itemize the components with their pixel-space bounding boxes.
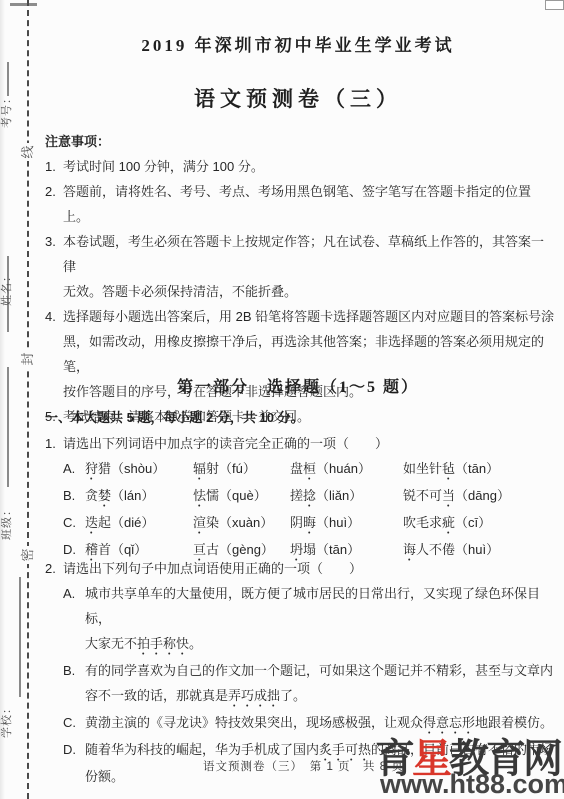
exam-paper-page: 考号： 姓名： 班级： 学校： 线 封 密 2019 年深圳市初中毕业生学业考试… [0,0,564,799]
question-1-stem: 1. 请选出下列词语中加点字的读音完全正确的一项（ ） [45,431,556,456]
section-intro: 一、本大题共 5 题，每小题 2 分，共 10 分。 [45,407,304,426]
option-word: 渲染（xuàn） [193,510,290,537]
paper-title: 语文预测卷（三） [40,83,556,113]
option-label: D. [63,737,85,789]
section-heading: 第一部分 选择题（1～5 题） [40,374,556,397]
field-label-class: 班级： [0,502,14,542]
question-stem-text: 请选出下列句子中加点词语使用正确的一项（ ） [63,556,556,581]
option-word: 如坐针毡（tān） [403,456,556,483]
question-1: 1. 请选出下列词语中加点字的读音完全正确的一项（ ） A. 狩猎（shòu） … [45,431,556,564]
corner-box [545,0,564,10]
option-b: B. 有的同学喜欢为自己的作文加一个题记，可如果这个题记并不精彩，甚至与文章内 … [45,658,556,710]
watermark-url: www.ht88.com [380,770,564,798]
option-label: A. [63,581,85,658]
field-label-name: 姓名： [0,268,14,308]
question-stem-text: 请选出下列词语中加点字的读音完全正确的一项（ ） [63,431,556,456]
seal-char-mi: 密 [19,546,37,564]
notice-heading: 注意事项： [45,129,556,154]
notice-item-number: 2. [45,179,63,229]
field-label-exam-number: 考号： [0,90,14,130]
question-2-stem: 2. 请选出下列句子中加点词语使用正确的一项（ ） [45,556,556,581]
notice-item-text: 答题前，请将姓名、考号、考点、考场用黑色钢笔、签字笔写在答题卡指定的位置上。 [63,179,556,229]
question-number: 1. [45,431,63,456]
notice-item: 1. 考试时间 100 分钟，满分 100 分。 [45,154,556,179]
seal-char-xian: 线 [19,143,37,161]
option-label: C. [63,510,85,537]
option-word: 贪婪（lán） [85,483,193,510]
option-row-c: C. 迭起（dié） 渲染（xuàn） 阴晦（huì） 吹毛求疵（cī） [45,510,556,537]
notice-item: 2. 答题前，请将姓名、考号、考点、考场用黑色钢笔、签字笔写在答题卡指定的位置上… [45,179,556,229]
option-word: 狩猎（shòu） [85,456,193,483]
exam-title: 2019 年深圳市初中毕业生学业考试 [40,31,556,56]
option-a: A. 城市共享单车的大量使用，既方便了城市居民的日常出行，又实现了绿色环保目标，… [45,581,556,658]
option-row-b: B. 贪婪（lán） 怯懦（què） 搓捻（liǎn） 锐不可当（dāng） [45,483,556,510]
option-word: 搓捻（liǎn） [290,483,403,510]
option-word: 锐不可当（dāng） [403,483,556,510]
notice-item-text: 本卷试题，考生必须在答题卡上按规定作答；凡在试卷、草稿纸上作答的，其答案一律 无… [63,229,556,304]
question-number: 2. [45,556,63,581]
option-word: 盘桓（huán） [290,456,403,483]
option-row-a: A. 狩猎（shòu） 辐射（fú） 盘桓（huán） 如坐针毡（tān） [45,456,556,483]
notice-item-number: 1. [45,154,63,179]
footer-page-info: 语文预测卷（三） 第 1 页 共 8 页 [203,758,404,774]
option-word: 吹毛求疵（cī） [403,510,556,537]
margin-line-segment [19,577,21,697]
scan-artifact-mark [10,3,37,6]
option-label: B. [63,483,85,510]
option-label: C. [63,710,85,737]
option-text: 黄渤主演的《寻龙诀》特技效果突出，现场感极强，让观众得意忘形地跟着模仿。 [85,710,556,737]
option-text: 有的同学喜欢为自己的作文加一个题记，可如果这个题记并不精彩，甚至与文章内 容不一… [85,658,556,710]
seal-char-feng: 封 [19,350,37,368]
seal-dashed-line [27,0,29,799]
option-text: 城市共享单车的大量使用，既方便了城市居民的日常出行，又实现了绿色环保目标， 大家… [85,581,556,658]
notice-item-number: 3. [45,229,63,304]
notice-item-text: 考试时间 100 分钟，满分 100 分。 [63,154,556,179]
option-c: C. 黄渤主演的《寻龙诀》特技效果突出，现场感极强，让观众得意忘形地跟着模仿。 [45,710,556,737]
option-label: B. [63,658,85,710]
option-word: 迭起（dié） [85,510,193,537]
notice-item: 3. 本卷试题，考生必须在答题卡上按规定作答；凡在试卷、草稿纸上作答的，其答案一… [45,229,556,304]
option-word: 阴晦（huì） [290,510,403,537]
field-label-school: 学校： [0,700,14,740]
option-label: A. [63,456,85,483]
margin-line-segment [7,367,9,487]
option-word: 辐射（fú） [193,456,290,483]
option-word: 怯懦（què） [193,483,290,510]
